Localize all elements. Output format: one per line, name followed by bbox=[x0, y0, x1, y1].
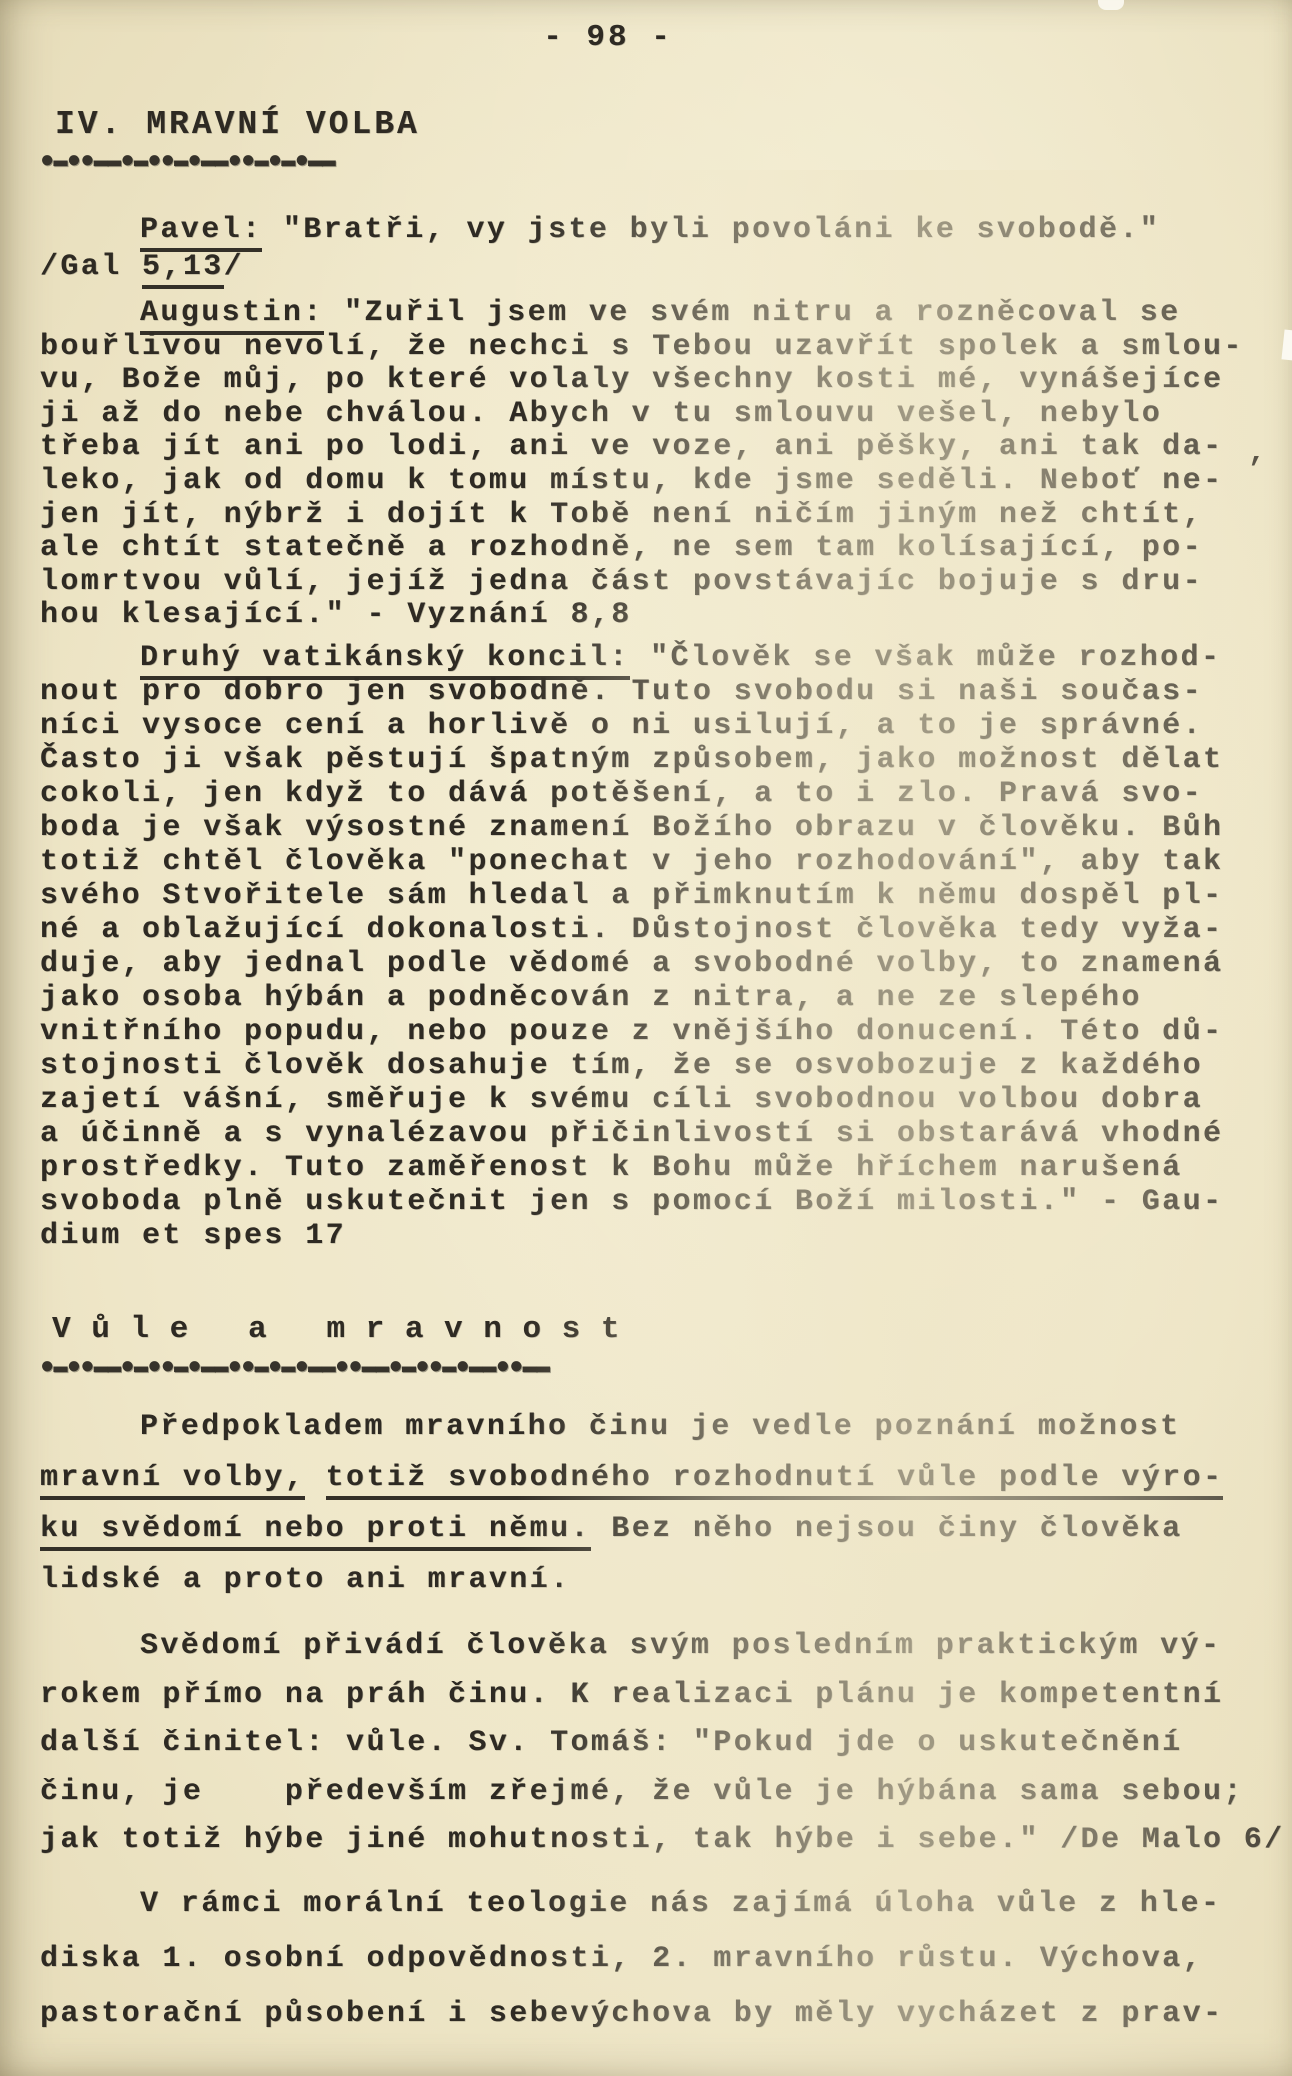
document-page: - 98 - IV. MRAVNÍ VOLBA ●▬●●▬▬●▬●●▬●▬▬●●… bbox=[0, 0, 1292, 2076]
text-line: vu, Bože můj, po které volaly všechny ko… bbox=[40, 364, 1244, 398]
scan-edge-nick bbox=[1281, 329, 1292, 360]
text-line: Předpokladem mravního činu je vedle pozn… bbox=[40, 1402, 1223, 1453]
text-line: Augustin: "Zuřil jsem ve svém nitru a ro… bbox=[40, 297, 1244, 331]
text-line: jako osoba hýbán a podněcován z nitra, a… bbox=[40, 981, 1223, 1015]
text-line: a účinně a s vynalézavou přičinlivostí s… bbox=[40, 1117, 1223, 1151]
text-line: Pavel: "Bratři, vy jste byli povoláni ke… bbox=[40, 212, 1160, 249]
text-line: Často ji však pěstují špatným způsobem, … bbox=[40, 743, 1223, 777]
text-line: nout pro dobro jen svobodně. Tuto svobod… bbox=[40, 675, 1223, 709]
text-line: činu, je především zřejmé, že vůle je hý… bbox=[40, 1768, 1285, 1817]
paragraph-pavel-quote: Pavel: "Bratři, vy jste byli povoláni ke… bbox=[40, 212, 1160, 286]
text-line: mravní volby, totiž svobodného rozhodnut… bbox=[40, 1453, 1223, 1504]
text-line: níci vysoce cení a horlivě o ni usilují,… bbox=[40, 709, 1223, 743]
paragraph-moral-choice-premise: Předpokladem mravního činu je vedle pozn… bbox=[40, 1402, 1223, 1606]
text-line: V rámci morální teologie nás zajímá úloh… bbox=[40, 1877, 1223, 1932]
text-line: svoboda plně uskutečnit jen s pomocí Bož… bbox=[40, 1185, 1223, 1219]
paragraph-augustin-quote: Augustin: "Zuřil jsem ve svém nitru a ro… bbox=[40, 297, 1244, 633]
text-line: pastorační působení i sebevýchova by měl… bbox=[40, 1987, 1223, 2042]
text-line: bouřlivou nevolí, že nechci s Tebou uzav… bbox=[40, 331, 1244, 365]
text-line: diska 1. osobní odpovědnosti, 2. mravníh… bbox=[40, 1932, 1223, 1987]
text-line: boda je však výsostné znamení Božího obr… bbox=[40, 811, 1223, 845]
subsection-heading: V ů l e a m r a v n o s t bbox=[52, 1312, 621, 1347]
section-heading-underline: ●▬●●▬▬●▬●●▬●▬▬●●▬●▬●▬▬ bbox=[40, 148, 335, 175]
subsection-heading-underline: ●▬●●▬▬●▬●●▬●▬▬●●▬●▬●▬▬●●▬▬●▬●●▬●▬▬●●▬▬ bbox=[40, 1354, 549, 1381]
text-line: svého Stvořitele sám hledal a přimknutím… bbox=[40, 879, 1223, 913]
paragraph-vatican-council-quote: Druhý vatikánský koncil: "Člověk se však… bbox=[40, 641, 1223, 1253]
text-line: jak totiž hýbe jiné mohutnosti, tak hýbe… bbox=[40, 1816, 1285, 1865]
text-line: vnitřního popudu, nebo pouze z vnějšího … bbox=[40, 1015, 1223, 1049]
section-heading: IV. MRAVNÍ VOLBA bbox=[55, 106, 420, 143]
text-line: další činitel: vůle. Sv. Tomáš: "Pokud j… bbox=[40, 1719, 1285, 1768]
text-line: leko, jak od domu k tomu místu, kde jsme… bbox=[40, 465, 1244, 499]
ink-artifact: , bbox=[1248, 436, 1266, 470]
text-line: /Gal 5,13/ bbox=[40, 249, 1160, 286]
text-line: jen jít, nýbrž i dojít k Tobě není ničím… bbox=[40, 499, 1244, 533]
text-line: dium et spes 17 bbox=[40, 1219, 1223, 1253]
text-line: zajetí vášní, směřuje k svému cíli svobo… bbox=[40, 1083, 1223, 1117]
text-line: lomrtvou vůlí, jejíž jedna část povstáva… bbox=[40, 566, 1244, 600]
text-line: stojnosti člověk dosahuje tím, že se osv… bbox=[40, 1049, 1223, 1083]
paragraph-conscience-will: Svědomí přivádí člověka svým posledním p… bbox=[40, 1622, 1285, 1865]
text-line: cokoli, jen když to dává potěšení, a to … bbox=[40, 777, 1223, 811]
text-line: hou klesající." - Vyznání 8,8 bbox=[40, 599, 1244, 633]
text-line: ji až do nebe chválou. Abych v tu smlouv… bbox=[40, 398, 1244, 432]
text-line: třeba jít ani po lodi, ani ve voze, ani … bbox=[40, 431, 1244, 465]
text-line: né a oblažující dokonalosti. Důstojnost … bbox=[40, 913, 1223, 947]
paragraph-moral-theology: V rámci morální teologie nás zajímá úloh… bbox=[40, 1877, 1223, 2042]
text-line: ale chtít statečně a rozhodně, ne sem ta… bbox=[40, 532, 1244, 566]
text-line: totiž chtěl člověka "ponechat v jeho roz… bbox=[40, 845, 1223, 879]
text-line: Svědomí přivádí člověka svým posledním p… bbox=[40, 1622, 1285, 1671]
text-line: ku svědomí nebo proti němu. Bez něho nej… bbox=[40, 1504, 1223, 1555]
page-number: - 98 - bbox=[538, 20, 678, 55]
text-line: lidské a proto ani mravní. bbox=[40, 1555, 1223, 1606]
text-line: prostředky. Tuto zaměřenost k Bohu může … bbox=[40, 1151, 1223, 1185]
text-line: duje, aby jednal podle vědomé a svobodné… bbox=[40, 947, 1223, 981]
text-line: rokem přímo na práh činu. K realizaci pl… bbox=[40, 1671, 1285, 1720]
scan-edge-speck bbox=[1098, 0, 1124, 10]
text-line: Druhý vatikánský koncil: "Člověk se však… bbox=[40, 641, 1223, 675]
